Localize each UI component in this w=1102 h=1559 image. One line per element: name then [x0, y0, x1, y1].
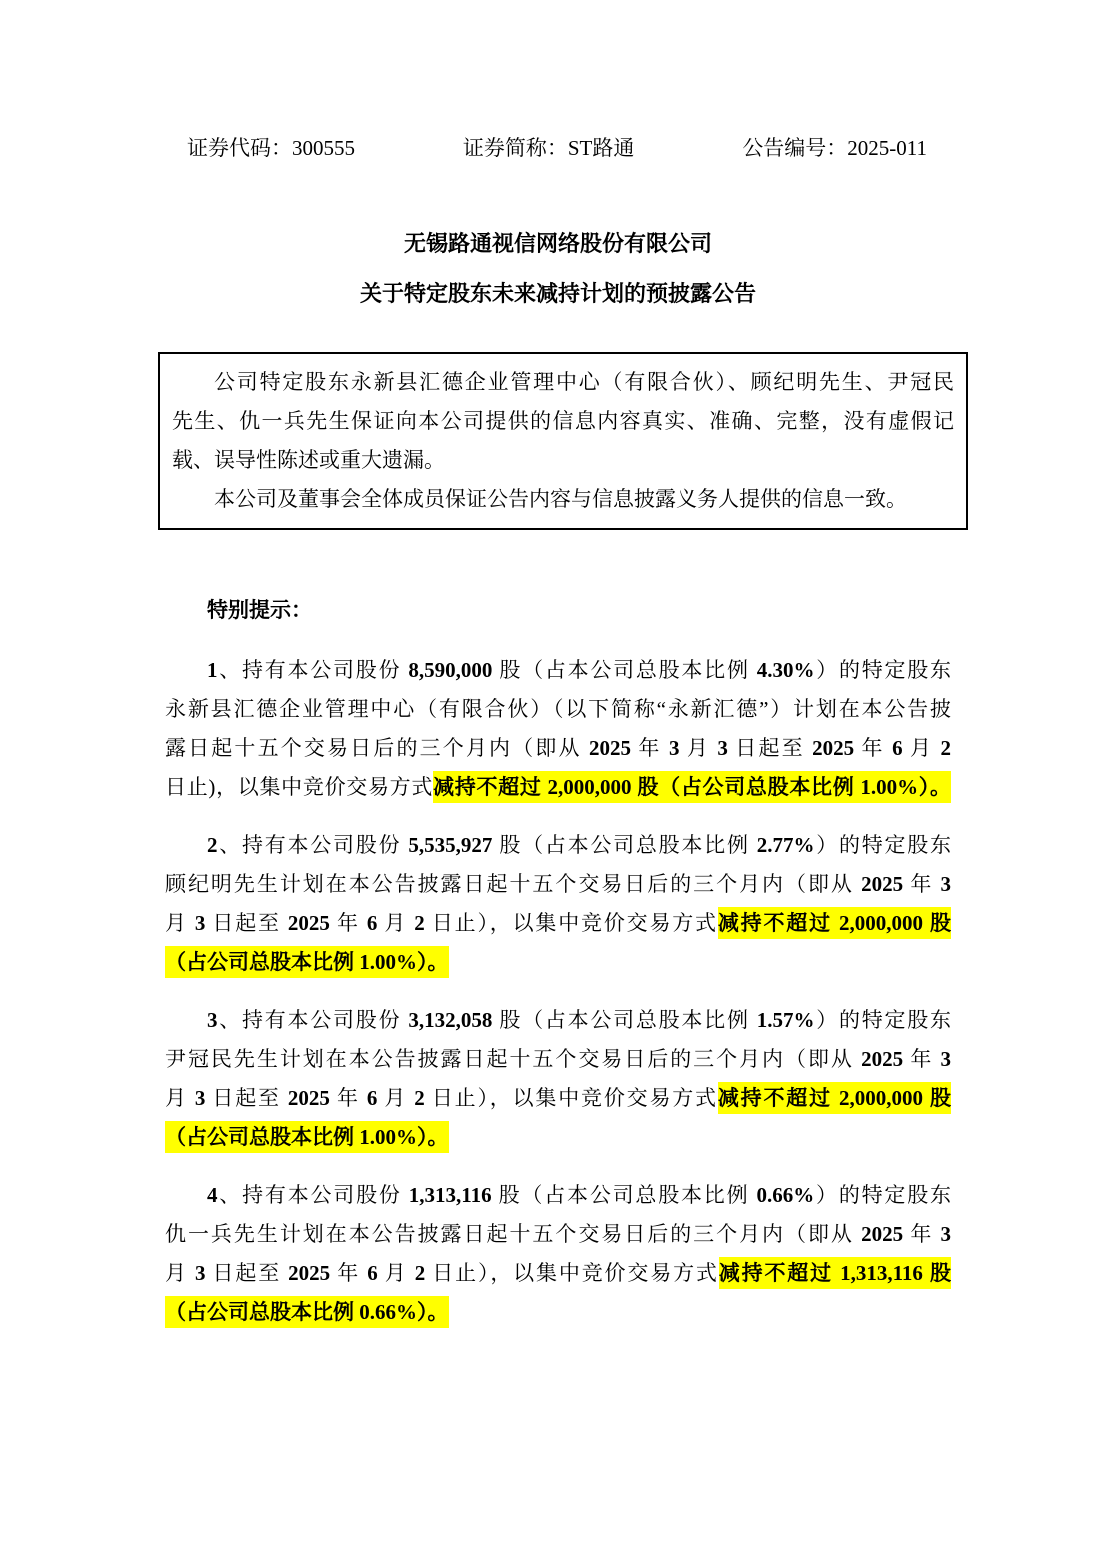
text-run: 1	[207, 658, 218, 682]
text-run: 月	[165, 1261, 195, 1285]
announcement-title: 关于特定股东未来减持计划的预披露公告	[158, 277, 958, 310]
text-run: 8,590,000	[408, 658, 492, 682]
text-run: 股（占本公司总股本比例	[492, 833, 756, 857]
text-run: 2	[414, 1086, 425, 1110]
para-line: 4、持有本公司股份 1,313,116 股（占本公司总股本比例 0.66%）的特…	[165, 1176, 951, 1215]
text-run: 年	[903, 872, 940, 896]
text-run: 日起至	[728, 736, 812, 760]
highlighted-text: 减持不超过 2,000,000 股	[718, 1082, 951, 1114]
text-run: 2.77%	[757, 833, 815, 857]
para-line: 永新县汇德企业管理中心（有限合伙）（以下简称“永新汇德”）计划在本公告披	[165, 690, 951, 729]
notice-paragraphs: 1、持有本公司股份 8,590,000 股（占本公司总股本比例 4.30%）的特…	[165, 651, 951, 1351]
para-line: 月 3 日起至 2025 年 6 月 2 日止），以集中竞价交易方式减持不超过 …	[165, 904, 951, 943]
text-run: 日止），以集中竞价交易方式	[425, 1261, 719, 1285]
text-run: 4.30%	[757, 658, 815, 682]
text-run: 3	[717, 736, 728, 760]
text-run: 日起至	[205, 911, 288, 935]
text-run: 顾纪明先生计划在本公告披露日起十五个交易日后的三个月内（即从	[165, 872, 861, 896]
text-run: 露日起十五个交易日后的三个月内（即从	[165, 736, 589, 760]
text-run: 2	[415, 1261, 426, 1285]
para-line: 月 3 日起至 2025 年 6 月 2 日止），以集中竞价交易方式减持不超过 …	[165, 1254, 951, 1293]
text-run: 年	[854, 736, 892, 760]
para-line: 露日起十五个交易日后的三个月内（即从 2025 年 3 月 3 日起至 2025…	[165, 729, 951, 768]
text-run: 2025	[812, 736, 854, 760]
text-run: 2	[207, 833, 218, 857]
text-run: 6	[892, 736, 903, 760]
para-line: （占公司总股本比例 1.00%）。	[165, 1118, 951, 1157]
text-run: 2025	[861, 1222, 903, 1246]
text-run: 尹冠民先生计划在本公告披露日起十五个交易日后的三个月内（即从	[165, 1047, 861, 1071]
text-run: 0.66%	[756, 1183, 814, 1207]
text-run: ）的特定股东	[814, 1183, 951, 1207]
company-name-title: 无锡路通视信网络股份有限公司	[158, 227, 958, 260]
text-run: 5,535,927	[408, 833, 492, 857]
text-run: 月	[377, 1086, 414, 1110]
para-line: 3、持有本公司股份 3,132,058 股（占本公司总股本比例 1.57%）的特…	[165, 1001, 951, 1040]
text-run: 3	[941, 1047, 952, 1071]
text-run: 6	[367, 1086, 378, 1110]
text-run: 3	[207, 1008, 218, 1032]
text-run: 1.57%	[757, 1008, 815, 1032]
text-run: 永新县汇德企业管理中心（有限合伙）（以下简称“永新汇德”）计划在本公告披	[165, 697, 951, 721]
text-run: 日起至	[205, 1086, 288, 1110]
paragraph-shareholder-2: 2、持有本公司股份 5,535,927 股（占本公司总股本比例 2.77%）的特…	[165, 826, 951, 982]
text-run: 公司特定股东永新县汇德企业管理中心（有限合伙）、顾纪明先生、尹冠民	[214, 370, 954, 394]
document-header: 证券代码：300555 证券简称：ST路通 公告编号：2025-011	[187, 133, 927, 163]
para-line: （占公司总股本比例 1.00%）。	[165, 943, 951, 982]
text-run: 股（占本公司总股本比例	[492, 1008, 756, 1032]
para-line: 1、持有本公司股份 8,590,000 股（占本公司总股本比例 4.30%）的特…	[165, 651, 951, 690]
text-run: 2025	[288, 1261, 330, 1285]
para-line: 尹冠民先生计划在本公告披露日起十五个交易日后的三个月内（即从 2025 年 3	[165, 1040, 951, 1079]
text-run: 月	[377, 911, 414, 935]
special-notice-heading: 特别提示：	[165, 591, 951, 630]
para-line: （占公司总股本比例 0.66%）。	[165, 1293, 951, 1332]
text-run: 3	[941, 1222, 952, 1246]
text-run: 年	[330, 911, 367, 935]
highlighted-text: 减持不超过 1,313,116 股	[719, 1257, 951, 1289]
para-line: 月 3 日起至 2025 年 6 月 2 日止），以集中竞价交易方式减持不超过 …	[165, 1079, 951, 1118]
guarantee-statement-box: 公司特定股东永新县汇德企业管理中心（有限合伙）、顾纪明先生、尹冠民 先生、仇一兵…	[158, 352, 968, 530]
statement-line: 公司特定股东永新县汇德企业管理中心（有限合伙）、顾纪明先生、尹冠民	[172, 363, 954, 402]
para-line: 仇一兵先生计划在本公告披露日起十五个交易日后的三个月内（即从 2025 年 3	[165, 1215, 951, 1254]
paragraph-shareholder-1: 1、持有本公司股份 8,590,000 股（占本公司总股本比例 4.30%）的特…	[165, 651, 951, 807]
text-run: 年	[903, 1222, 940, 1246]
text-run: 6	[367, 1261, 378, 1285]
text-run: 2025	[861, 872, 903, 896]
text-run: 月	[903, 736, 941, 760]
text-run: 月	[679, 736, 717, 760]
highlighted-text: 减持不超过 2,000,000 股（占公司总股本比例 1.00%）。	[433, 771, 951, 803]
highlighted-text: 减持不超过 2,000,000 股	[718, 907, 951, 939]
text-run: 2025	[589, 736, 631, 760]
stock-code: 证券代码：300555	[187, 133, 355, 163]
text-run: 2025	[861, 1047, 903, 1071]
text-run: 年	[903, 1047, 940, 1071]
text-run: 3	[195, 1261, 206, 1285]
text-run: 3	[195, 911, 206, 935]
text-run: 月	[165, 1086, 195, 1110]
paragraph-shareholder-3: 3、持有本公司股份 3,132,058 股（占本公司总股本比例 1.57%）的特…	[165, 1001, 951, 1157]
text-run: 、持有本公司股份	[218, 1008, 409, 1032]
statement-line: 本公司及董事会全体成员保证公告内容与信息披露义务人提供的信息一致。	[172, 480, 954, 519]
text-run: ）的特定股东	[814, 658, 951, 682]
announcement-number: 公告编号：2025-011	[742, 133, 927, 163]
text-run: 6	[367, 911, 378, 935]
text-run: 1,313,116	[409, 1183, 492, 1207]
text-run: 本公司及董事会全体成员保证公告内容与信息披露义务人提供的信息一致。	[214, 487, 907, 511]
text-run: ）的特定股东	[814, 1008, 951, 1032]
text-run: 年	[330, 1086, 367, 1110]
text-run: 、持有本公司股份	[218, 1183, 409, 1207]
para-line: 日止)，以集中竞价交易方式减持不超过 2,000,000 股（占公司总股本比例 …	[165, 768, 951, 807]
text-run: 2025	[288, 911, 330, 935]
text-run: 2	[941, 736, 952, 760]
text-run: 、持有本公司股份	[218, 658, 409, 682]
text-run: 2	[414, 911, 425, 935]
highlighted-text: （占公司总股本比例 1.00%）。	[165, 946, 449, 978]
paragraph-shareholder-4: 4、持有本公司股份 1,313,116 股（占本公司总股本比例 0.66%）的特…	[165, 1176, 951, 1332]
text-run: 先生、仇一兵先生保证向本公司提供的信息内容真实、准确、完整，没有虚假记	[172, 409, 954, 433]
text-run: 载、误导性陈述或重大遗漏。	[172, 448, 445, 472]
statement-line: 载、误导性陈述或重大遗漏。	[172, 441, 954, 480]
text-run: 3	[669, 736, 680, 760]
text-run: ）的特定股东	[814, 833, 951, 857]
text-run: 日止)，以集中竞价交易方式	[165, 775, 433, 799]
highlighted-text: （占公司总股本比例 0.66%）。	[165, 1296, 449, 1328]
para-line: 2、持有本公司股份 5,535,927 股（占本公司总股本比例 2.77%）的特…	[165, 826, 951, 865]
text-run: 年	[631, 736, 669, 760]
text-run: 年	[330, 1261, 367, 1285]
text-run: 月	[165, 911, 195, 935]
text-run: 股（占本公司总股本比例	[492, 658, 756, 682]
text-run: 2025	[288, 1086, 330, 1110]
text-run: 3,132,058	[408, 1008, 492, 1032]
announcement-document: 证券代码：300555 证券简称：ST路通 公告编号：2025-011 无锡路通…	[0, 0, 1102, 1559]
text-run: 股（占本公司总股本比例	[492, 1183, 757, 1207]
text-run: 、持有本公司股份	[218, 833, 409, 857]
para-line: 顾纪明先生计划在本公告披露日起十五个交易日后的三个月内（即从 2025 年 3	[165, 865, 951, 904]
stock-abbreviation: 证券简称：ST路通	[463, 133, 635, 163]
text-run: 月	[378, 1261, 415, 1285]
text-run: 日止），以集中竞价交易方式	[425, 1086, 718, 1110]
statement-line: 先生、仇一兵先生保证向本公司提供的信息内容真实、准确、完整，没有虚假记	[172, 402, 954, 441]
text-run: 4	[207, 1183, 218, 1207]
text-run: 3	[941, 872, 952, 896]
text-run: 3	[195, 1086, 206, 1110]
text-run: 仇一兵先生计划在本公告披露日起十五个交易日后的三个月内（即从	[165, 1222, 861, 1246]
text-run: 日起至	[205, 1261, 288, 1285]
text-run: 日止），以集中竞价交易方式	[425, 911, 718, 935]
highlighted-text: （占公司总股本比例 1.00%）。	[165, 1121, 449, 1153]
